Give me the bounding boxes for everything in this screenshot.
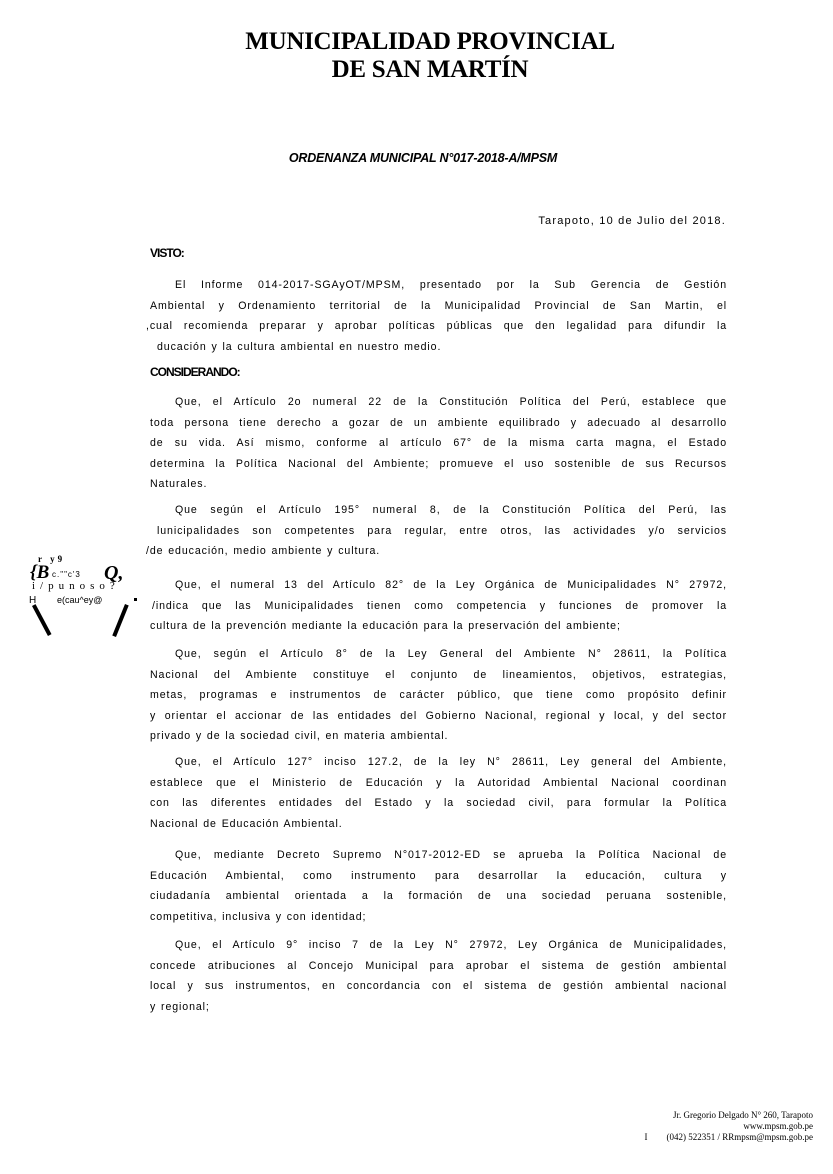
stamp-slash-right bbox=[112, 604, 128, 637]
text-line: Ambiental y Ordenamiento territorial de … bbox=[150, 296, 727, 317]
text-line: concede atribuciones al Concejo Municipa… bbox=[150, 956, 727, 977]
header-line-2: DE SAN MARTÍN bbox=[0, 56, 833, 84]
stamp-text: c.""c'3 bbox=[52, 570, 81, 579]
text-line: Que según el Artículo 195° numeral 8, de… bbox=[150, 500, 727, 521]
text-line: competitiva, inclusiva y con identidad; bbox=[150, 907, 727, 928]
text-line: /de educación, medio ambiente y cultura. bbox=[146, 541, 727, 562]
visto-heading: VISTO: bbox=[150, 246, 184, 260]
text-line: Educación Ambiental, como instrumento pa… bbox=[150, 866, 727, 887]
text-line: y regional; bbox=[150, 997, 727, 1018]
text-line: con las diferentes entidades del Estado … bbox=[150, 793, 727, 814]
footer-website: www.mpsm.gob.pe bbox=[644, 1121, 813, 1132]
text-line: Que, según el Artículo 8° de la Ley Gene… bbox=[150, 644, 727, 665]
text-line: ducación y la cultura ambiental en nuest… bbox=[150, 337, 727, 358]
considerando-paragraph-5: Que, el Artículo 127° inciso 127.2, de l… bbox=[150, 752, 727, 834]
text-line: privado y de la sociedad civil, en mater… bbox=[150, 726, 727, 747]
considerando-heading: CONSIDERANDO: bbox=[150, 365, 240, 379]
text-line: cultura de la prevención mediante la edu… bbox=[150, 616, 727, 637]
text-line: ciudadanía ambiental orientada a la form… bbox=[150, 886, 727, 907]
considerando-paragraph-3: Que, el numeral 13 del Artículo 82° de l… bbox=[150, 575, 727, 637]
considerando-paragraph-2: Que según el Artículo 195° numeral 8, de… bbox=[150, 500, 727, 562]
municipality-header: MUNICIPALIDAD PROVINCIAL DE SAN MARTÍN bbox=[0, 28, 833, 84]
text-line: establece que el Ministerio de Educación… bbox=[150, 773, 727, 794]
considerando-paragraph-4: Que, según el Artículo 8° de la Ley Gene… bbox=[150, 644, 727, 747]
header-line-1: MUNICIPALIDAD PROVINCIAL bbox=[0, 28, 833, 56]
text-line: Que, el Artículo 9° inciso 7 de la Ley N… bbox=[150, 935, 727, 956]
margin-dot bbox=[134, 598, 137, 601]
text-line: Nacional del Ambiente constituye el conj… bbox=[150, 665, 727, 686]
text-line: Nacional de Educación Ambiental. bbox=[150, 814, 727, 835]
footer-phone-email: (042) 522351 / RRmpsm@mpsm.gob.pe bbox=[666, 1132, 813, 1142]
stamp-slash-left bbox=[32, 604, 51, 636]
text-line: Que, el Artículo 2o numeral 22 de la Con… bbox=[150, 392, 727, 413]
text-line: Que, el Artículo 127° inciso 127.2, de l… bbox=[150, 752, 727, 773]
text-line: Naturales. bbox=[150, 474, 727, 495]
footer-contact-line: I(042) 522351 / RRmpsm@mpsm.gob.pe bbox=[644, 1132, 813, 1143]
text-line: lunicipalidades son competentes para reg… bbox=[150, 521, 727, 542]
phone-icon: I bbox=[644, 1132, 666, 1143]
stamp-text: e(cau^ey@ bbox=[57, 595, 102, 605]
document-page: MUNICIPALIDAD PROVINCIAL DE SAN MARTÍN O… bbox=[0, 0, 833, 1174]
text-line: ,cual recomienda preparar y aprobar polí… bbox=[146, 316, 727, 337]
stamp-text: i/punoso? bbox=[32, 580, 120, 592]
handwritten-stamp-mark: r y9 {B c.""c'3 Q, i/punoso? H e(cau^ey@ bbox=[22, 554, 132, 634]
text-line: Que, mediante Decreto Supremo N°017-2012… bbox=[150, 845, 727, 866]
footer-contact: Jr. Gregorio Delgado N° 260, Tarapoto ww… bbox=[644, 1110, 813, 1143]
text-line: de su vida. Así mismo, conforme al artíc… bbox=[150, 433, 727, 454]
ordinance-title: ORDENANZA MUNICIPAL N°017-2018-A/MPSM bbox=[0, 151, 833, 165]
text-line: y orientar el accionar de las entidades … bbox=[150, 706, 727, 727]
document-date: Tarapoto, 10 de Julio del 2018. bbox=[538, 215, 726, 227]
considerando-paragraph-1: Que, el Artículo 2o numeral 22 de la Con… bbox=[150, 392, 727, 495]
considerando-paragraph-6: Que, mediante Decreto Supremo N°017-2012… bbox=[150, 845, 727, 927]
text-line: local y sus instrumentos, en concordanci… bbox=[150, 976, 727, 997]
text-line: determina la Política Nacional del Ambie… bbox=[150, 454, 727, 475]
text-line: Que, el numeral 13 del Artículo 82° de l… bbox=[150, 575, 727, 596]
visto-paragraph: El Informe 014-2017-SGAyOT/MPSM, present… bbox=[150, 275, 727, 357]
text-line: toda persona tiene derecho a gozar de un… bbox=[150, 413, 727, 434]
text-line: El Informe 014-2017-SGAyOT/MPSM, present… bbox=[150, 275, 727, 296]
considerando-paragraph-7: Que, el Artículo 9° inciso 7 de la Ley N… bbox=[150, 935, 727, 1017]
footer-address: Jr. Gregorio Delgado N° 260, Tarapoto bbox=[644, 1110, 813, 1121]
text-line: /indica que las Municipalidades tienen c… bbox=[150, 596, 727, 617]
text-line: metas, programas e instrumentos de carác… bbox=[150, 685, 727, 706]
